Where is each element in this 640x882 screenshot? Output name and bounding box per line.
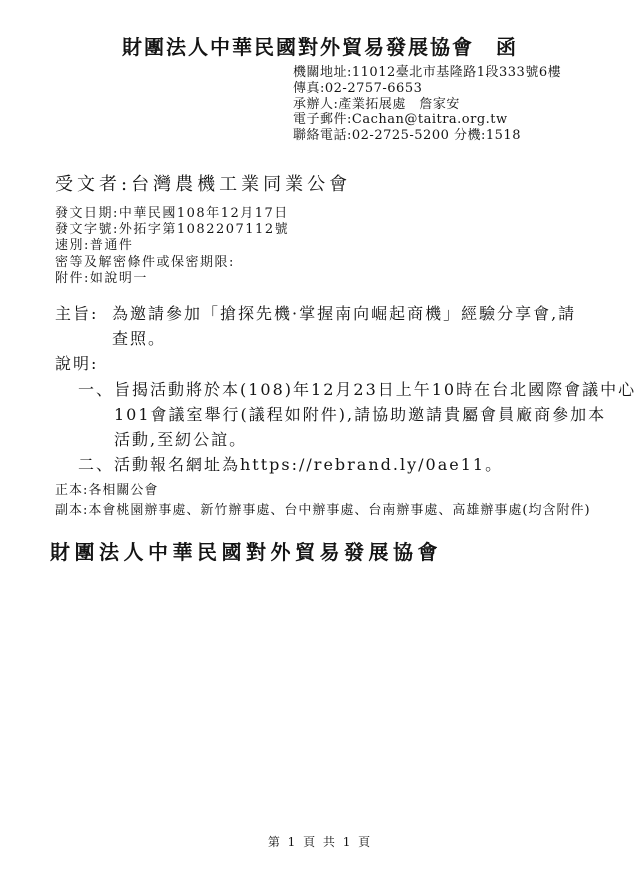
recipient-line: 受文者:台灣農機工業同業公會 <box>55 170 351 196</box>
carbon-copy-line: 副本:本會桃園辦事處、新竹辦事處、台中辦事處、台南辦事處、高雄辦事處(均含附件) <box>55 501 591 521</box>
priority-line: 速別:普通件 <box>55 238 289 254</box>
description-items: 一、 旨揭活動將於本(108)年12月23日上午10時在台北國際會議中心 101… <box>78 377 636 477</box>
original-copy-line: 正本:各相關公會 <box>55 481 591 501</box>
registration-url-line: 活動報名網址為https://rebrand.ly/0ae11。 <box>114 452 503 477</box>
attachment-line: 附件:如說明一 <box>55 271 289 287</box>
agency-phone: 聯絡電話:02-2725-5200 分機:1518 <box>293 128 561 144</box>
item-content: 旨揭活動將於本(108)年12月23日上午10時在台北國際會議中心 101會議室… <box>114 377 636 452</box>
item-marker: 一、 <box>78 377 114 452</box>
document-title: 財團法人中華民國對外貿易發展協會 函 <box>0 31 640 60</box>
item-line: 101會議室舉行(議程如附件),請協助邀請貴屬會員廠商參加本 <box>114 402 636 427</box>
issuer-signature: 財團法人中華民國對外貿易發展協會 <box>50 536 442 565</box>
subject-section: 主旨: 為邀請參加「搶探先機·掌握南向崛起商機」經驗分享會,請 查照。 <box>55 301 576 351</box>
item-marker: 二、 <box>78 452 114 477</box>
document-page: 財團法人中華民國對外貿易發展協會 函 機關地址:11012臺北市基隆路1段333… <box>0 0 640 882</box>
description-item-1: 一、 旨揭活動將於本(108)年12月23日上午10時在台北國際會議中心 101… <box>78 377 636 452</box>
description-label: 說明: <box>55 351 98 374</box>
agency-contact-person: 承辦人:產業拓展處 詹家安 <box>293 97 561 113</box>
agency-fax: 傳真:02-2757-6653 <box>293 81 561 97</box>
doc-number-line: 發文字號:外拓字第1082207112號 <box>55 222 289 238</box>
description-item-2: 二、 活動報名網址為https://rebrand.ly/0ae11。 <box>78 452 636 477</box>
page-number-footer: 第 1 頁 共 1 頁 <box>0 833 640 850</box>
agency-address: 機關地址:11012臺北市基隆路1段333號6樓 <box>293 65 561 81</box>
copies-block: 正本:各相關公會 副本:本會桃園辦事處、新竹辦事處、台中辦事處、台南辦事處、高雄… <box>55 481 591 521</box>
meta-block: 發文日期:中華民國108年12月17日 發文字號:外拓字第1082207112號… <box>55 206 289 287</box>
issue-date-line: 發文日期:中華民國108年12月17日 <box>55 206 289 222</box>
subject-line: 為邀請參加「搶探先機·掌握南向崛起商機」經驗分享會,請 <box>112 301 576 326</box>
item-content: 活動報名網址為https://rebrand.ly/0ae11。 <box>114 452 503 477</box>
item-line: 活動,至紉公誼。 <box>114 427 636 452</box>
item-line: 旨揭活動將於本(108)年12月23日上午10時在台北國際會議中心 <box>114 377 636 402</box>
subject-label: 主旨: <box>55 301 112 351</box>
agency-email: 電子郵件:Cachan@taitra.org.tw <box>293 112 561 128</box>
security-line: 密等及解密條件或保密期限: <box>55 255 289 271</box>
subject-content: 為邀請參加「搶探先機·掌握南向崛起商機」經驗分享會,請 查照。 <box>112 301 576 351</box>
agency-info-block: 機關地址:11012臺北市基隆路1段333號6樓 傳真:02-2757-6653… <box>293 65 561 144</box>
subject-line: 查照。 <box>112 326 576 351</box>
